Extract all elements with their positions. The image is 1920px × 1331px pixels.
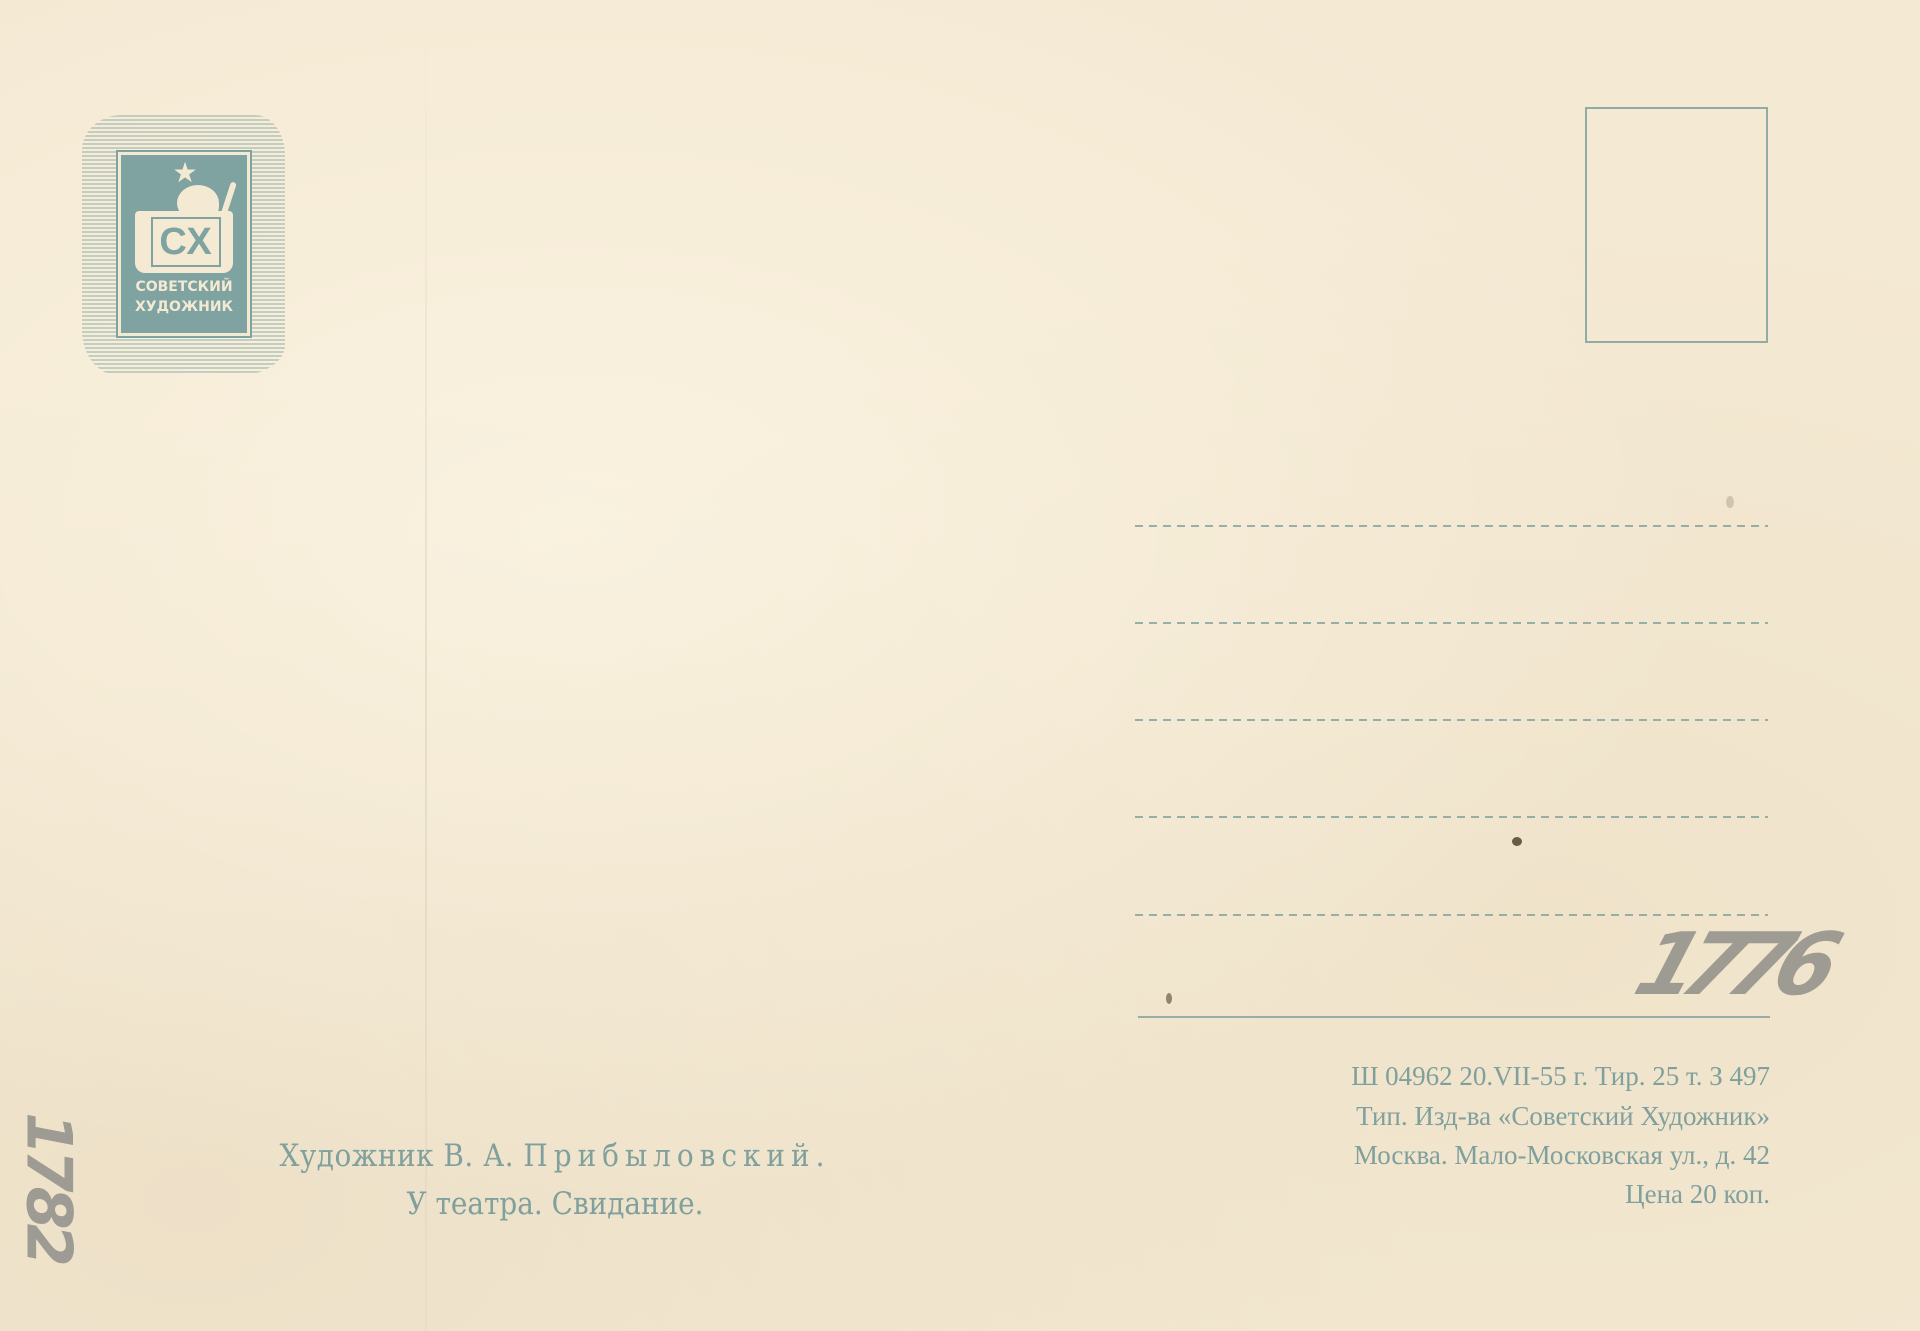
imprint-publisher: Тип. Изд-ва «Советский Художник» [1070, 1100, 1770, 1132]
artwork-title: У театра. Свидание. [150, 1186, 960, 1222]
address-line-2 [1135, 622, 1768, 624]
imprint-print-info: Ш 04962 20.VII-55 г. Тир. 25 т. З 497 [1070, 1060, 1770, 1092]
artist-prefix: Художник В. А. [280, 1138, 515, 1174]
publisher-logo: ★ СХ СОВЕТСКИЙ ХУДОЖНИК [82, 115, 285, 375]
stamp-box [1585, 107, 1768, 343]
address-line-4 [1135, 816, 1768, 818]
star-icon: ★ [171, 159, 199, 187]
paper-speck [1512, 837, 1522, 846]
handwritten-number-left: 1782 [13, 1092, 86, 1282]
address-line-1 [1135, 525, 1768, 527]
address-line-3 [1135, 719, 1768, 721]
imprint-address: Москва. Мало-Московская ул., д. 42 [1070, 1139, 1770, 1171]
logo-panel: ★ СХ СОВЕТСКИЙ ХУДОЖНИК [118, 152, 250, 336]
paper-speck [1166, 993, 1172, 1004]
handwritten-number-right: 1776 [1624, 915, 1840, 1015]
logo-monogram: СХ [151, 217, 221, 267]
paper-speck [1726, 496, 1734, 508]
logo-word-khudozhnik: ХУДОЖНИК [121, 299, 247, 315]
artist-credit: Художник В. А. Прибыловский. [150, 1138, 960, 1174]
address-baseline [1138, 1016, 1770, 1018]
artist-name: Прибыловский. [523, 1138, 830, 1174]
logo-word-sovetsky: СОВЕТСКИЙ [121, 279, 247, 295]
card-fold-line [425, 0, 427, 1331]
imprint-price: Цена 20 коп. [1070, 1178, 1770, 1210]
open-book-icon: СХ [135, 211, 233, 273]
